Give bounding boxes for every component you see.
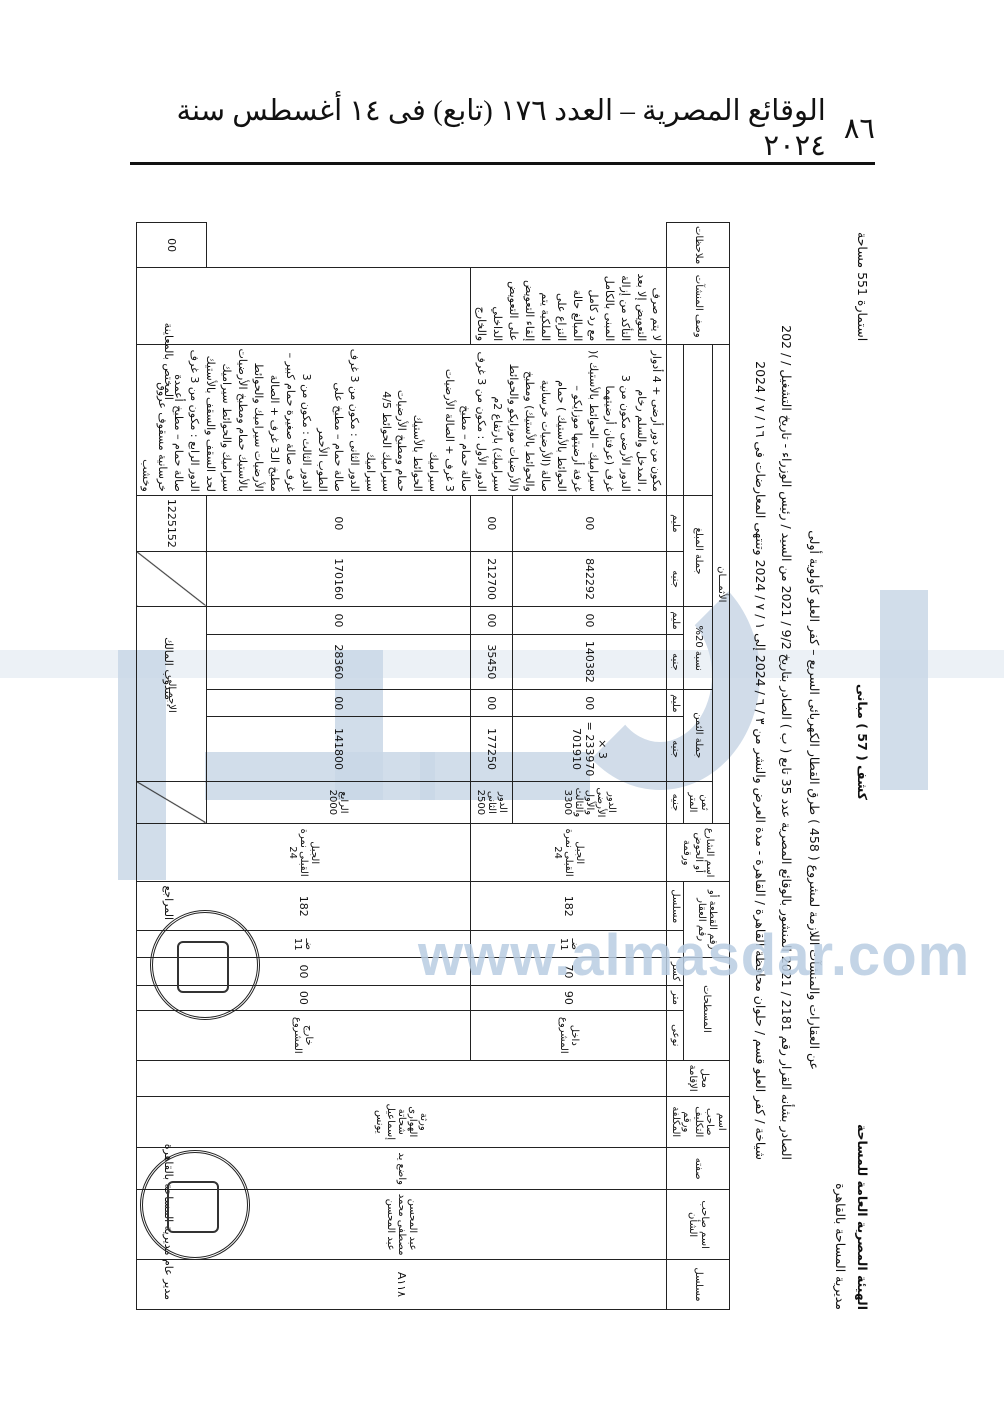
cell-pct-mill: 00 — [206, 607, 471, 634]
cell-total-pound: 212700 — [471, 551, 512, 606]
cell-total-mill: 00 — [512, 495, 667, 551]
watermark-letter — [880, 590, 928, 790]
cell-pct-pound: 35450 — [471, 634, 512, 689]
cell-area-type: خارج المشروع — [136, 1010, 471, 1060]
grand-total-mill: 00 — [136, 223, 206, 268]
compensation-table: مسلسل اسم صاحب الشأن صفته اسم صاحب التكل… — [136, 222, 730, 1310]
cell-residence — [136, 1060, 667, 1096]
cell-pct-pound: 140382 — [512, 634, 667, 689]
sub-mill: مليم — [667, 690, 684, 717]
page-number: ٨٦ — [844, 111, 875, 146]
description-lines: مكون من دور أرضى + 4 أدوار ، المدخل والس… — [139, 348, 665, 492]
cell-total-mill: 00 — [206, 495, 471, 551]
cell-diagonal — [136, 781, 206, 824]
col-percent: نسبة 20% — [684, 607, 713, 690]
signature-owner-rep: مندوب المالك — [162, 637, 175, 700]
sub-pound: جنيه — [667, 634, 684, 689]
signature-reviewer: المراجع — [162, 885, 175, 920]
cell-meter-price: الدور الثانى 2500 — [471, 781, 512, 824]
col-total-amount: جملة المبلغ — [684, 495, 713, 606]
sub-pound: جنيه — [667, 551, 684, 606]
description-line: صالة (الأرضيات خرسانية والحوائط بالأستيك… — [489, 348, 553, 492]
location-line: شياخة / كفر العلو قسم / حلوان محافظة الق… — [753, 361, 768, 1160]
grand-total-pound: 1225152 — [136, 495, 206, 551]
description-line: الدور الثالث : مكون من 3 غرف صالة صغيرة … — [266, 348, 314, 492]
header-row: مسلسل اسم صاحب الشأن صفته اسم صاحب التكل… — [713, 223, 730, 1310]
cell-total-pound: 842292 — [512, 551, 667, 606]
cell-assignment: ورثة الهوارى شحاتة إسماعيل يونس — [136, 1096, 667, 1148]
description-line: سيراميك — [362, 348, 378, 492]
header-divider — [130, 162, 875, 165]
cell-meter-price: الدور الأرضى والأول والثالث 3300 — [512, 781, 667, 824]
sub-type: نوعى — [667, 1010, 684, 1060]
col-meter-price: ثمن المتر — [684, 781, 713, 824]
description-line: الدور الثانى : مكون من 3 غرف صالة حمام –… — [314, 348, 362, 492]
cell-diagonal — [136, 551, 206, 606]
cell-area-meter: 90 — [471, 985, 667, 1010]
official-seal-stamp — [150, 910, 260, 1020]
statement-title: كشف ( 57 ) مبانى — [855, 684, 870, 800]
cell-street: الجبل القبلى نمرة 24 — [471, 824, 667, 882]
cell-total-pound: 170160 — [206, 551, 471, 606]
description-line: 3 غرف + الصالة الأرضيات سيراميك — [425, 348, 457, 492]
project-line: عن العقارات والمنشآت اللازمة لمشروع ( 45… — [807, 530, 822, 1070]
col-claimant: اسم صاحب الشأن — [667, 1190, 730, 1260]
gazette-title: الوقائع المصرية – العدد ١٧٦ (تابع) فى ١٤… — [130, 93, 826, 163]
authority-name: الهيئة المصرية العامة للمساحة — [855, 1124, 870, 1310]
cell-total-price-mill: 00 — [206, 690, 471, 717]
cell-street: الجبل القبلى نمرة 24 — [136, 824, 471, 882]
page-header: ٨٦ الوقائع المصرية – العدد ١٧٦ (تابع) فى… — [130, 108, 875, 148]
sub-spacer — [667, 345, 684, 496]
cell-notes-empty — [136, 268, 471, 345]
sub-meter: متر — [667, 985, 684, 1010]
cell-notes: لا يتم صرف التعويض إلا بعد التأكد من إزا… — [471, 268, 667, 345]
cell-pct-mill: 00 — [471, 607, 512, 634]
col-capacity: صفته — [667, 1148, 730, 1190]
cell-description: مكون من دور أرضى + 4 أدوار ، المدخل والس… — [136, 345, 667, 496]
col-spacer — [684, 345, 713, 496]
cell-serial: A١١٨ — [136, 1259, 667, 1309]
form-number: استمارة 551 مساحة — [855, 232, 870, 341]
col-assignment: اسم صاحب التكليف ورقم المكلفة — [667, 1096, 730, 1148]
col-residence: محل الإقامة — [667, 1060, 730, 1096]
rotated-sheet: الهيئة المصرية العامة للمساحة مديرية الم… — [130, 222, 880, 1320]
sub-mill: مليم — [667, 607, 684, 634]
cell-total-price: 177250 — [471, 717, 512, 781]
cell-meter-price: الرابع 2000 — [206, 781, 471, 824]
sub-pound: جنيه — [667, 717, 684, 781]
official-seal-stamp — [140, 1150, 250, 1260]
description-line: حمام ومطبخ الأرضيات سيراميك الحوائط 4/5 — [378, 348, 410, 492]
cell-area-type: داخل المشروع — [471, 1010, 667, 1060]
col-description: وصف المنشآت — [667, 268, 730, 345]
col-valuation: الأثمـــان — [713, 345, 730, 824]
description-line: الدور الأول : مكون من 3 غرف صالة حمام – … — [457, 348, 489, 492]
directorate-name: مديرية المساحة بالقاهرة — [833, 1183, 848, 1310]
sub-mill: مليم — [667, 495, 684, 551]
cell-pct-mill: 00 — [512, 607, 667, 634]
signature-inspector: المختص بالمعاينة — [162, 323, 175, 400]
decree-line: الصادر بشأنه القرار رقم 2181 / 2021 المن… — [779, 325, 794, 1160]
watermark-url: www.almasdar.com — [418, 922, 970, 989]
cell-total-price: 141800 — [206, 717, 471, 781]
col-notes: ملاحظات — [667, 223, 730, 268]
sheet-header: الهيئة المصرية العامة للمساحة مديرية الم… — [740, 222, 880, 1320]
cell-total-price: 3 × 233970 = 701910 — [512, 717, 667, 781]
col-total-price: جملة الثمن — [684, 690, 713, 781]
description-line: لحد السقف والسقف بالأستيك — [202, 348, 218, 492]
cell-pct-pound: 28360 — [206, 634, 471, 689]
col-serial: مسلسل — [667, 1259, 730, 1309]
description-line: الدور الأرضى مكون من 3 غرف (عرفتان أرضيت… — [553, 348, 633, 492]
cell-total-mill: 00 — [471, 495, 512, 551]
table-row: A١١٨ عبد المحسن مصطفى محمد عبد المحسن وا… — [512, 223, 667, 1310]
description-line: الأرضيات سيراميك والحوائط بالأستيك حمام … — [218, 348, 266, 492]
cell-total-price-mill: 00 — [512, 690, 667, 717]
cell-total-price-mill: 00 — [471, 690, 512, 717]
description-line: مكون من دور أرضى + 4 أدوار ، المدخل والس… — [633, 348, 665, 492]
sub-pound: جنيه — [667, 781, 684, 824]
description-line: الحوائط بالأستيك — [410, 348, 426, 492]
col-street: اسم الشارع أو الحوض ورقمة — [667, 824, 730, 882]
